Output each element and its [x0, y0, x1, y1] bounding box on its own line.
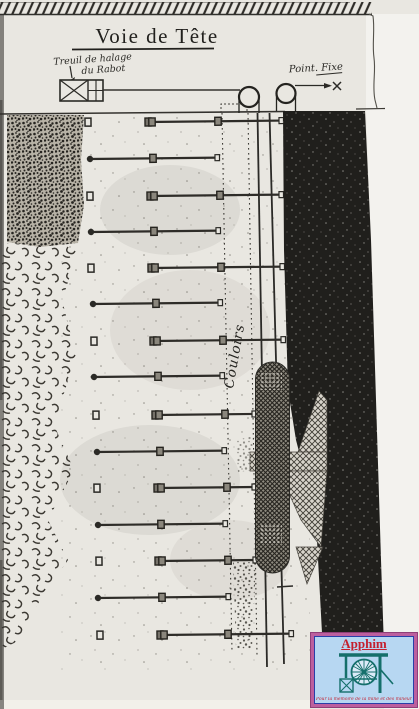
diagram-canvas: Couloirs Voie de Tête Treuil de halage d… [0, 0, 419, 709]
goaf-fill-texture [7, 115, 84, 247]
page-title: Voie de Tête [95, 24, 218, 48]
rabot-plough [256, 362, 290, 573]
apphim-watermark: Apphim Pour la mémoire de la mine et des… [311, 633, 417, 707]
scanned-mining-diagram: Couloirs Voie de Tête Treuil de halage d… [0, 0, 419, 709]
return-pulley-icon [239, 87, 259, 107]
return-pulley-icon [277, 84, 296, 103]
haulage-winch-symbol [60, 80, 103, 101]
apphim-logo-text: Apphim [341, 637, 387, 651]
logo-tagline: Pour la mémoire de la mine et des mineur… [316, 697, 412, 702]
page-margin-bottom [0, 700, 310, 709]
scanner-edge-shadow [0, 14, 4, 709]
headframe-icon [333, 651, 395, 697]
corridor-speckle-patch [233, 560, 256, 650]
roof-hatching [0, 2, 372, 15]
rail-crossbar [277, 586, 293, 587]
